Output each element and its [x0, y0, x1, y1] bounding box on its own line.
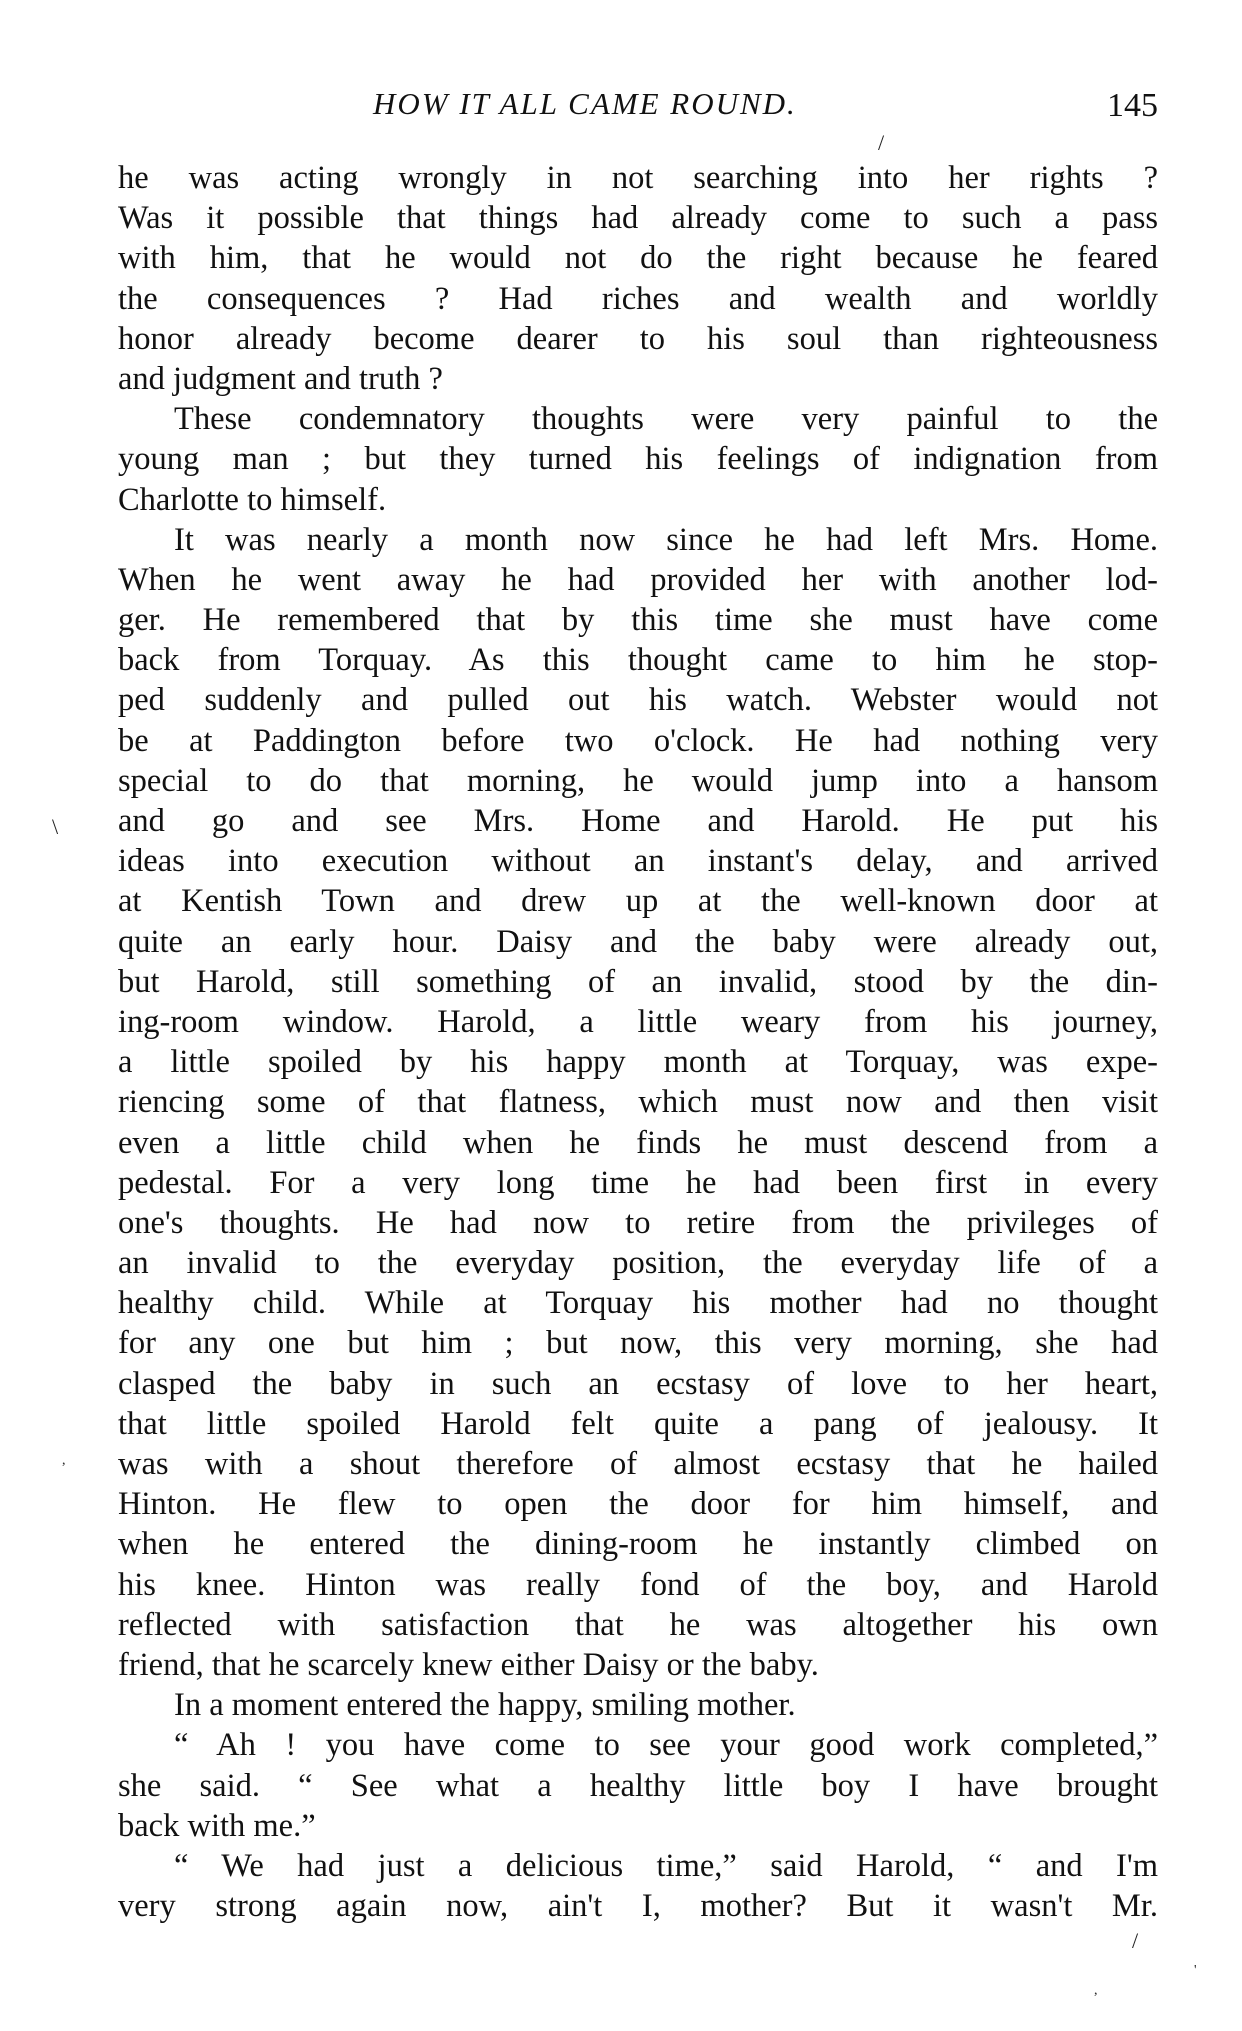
text-line: ped suddenly and pulled out his watch. W… — [118, 680, 1158, 720]
paragraph-start-line: “ We had just a delicious time,” said Ha… — [118, 1846, 1158, 1886]
text-line: ideas into execution without an instant'… — [118, 841, 1158, 881]
scan-speck: ' — [1194, 1964, 1197, 1978]
body-text: he was acting wrongly in not searching i… — [118, 158, 1158, 1926]
paragraph-start-line: These condemnatory thoughts were very pa… — [118, 399, 1158, 439]
scan-speck: , — [62, 1454, 66, 1468]
scan-speck: \ — [52, 816, 58, 838]
text-line: pedestal. For a very long time he had be… — [118, 1163, 1158, 1203]
text-line: the consequences ? Had riches and wealth… — [118, 279, 1158, 319]
paragraph-start-line: It was nearly a month now since he had l… — [118, 520, 1158, 560]
text-line: Charlotte to himself. — [118, 480, 1158, 520]
page-number: 145 — [1107, 84, 1158, 128]
running-head: HOW IT ALL CAME ROUND. 145 — [118, 82, 1158, 126]
text-line: back from Torquay. As this thought came … — [118, 640, 1158, 680]
paragraph-start-line: “ Ah ! you have come to see your good wo… — [118, 1725, 1158, 1765]
text-line: be at Paddington before two o'clock. He … — [118, 721, 1158, 761]
text-line: healthy child. While at Torquay his moth… — [118, 1283, 1158, 1323]
text-line: when he entered the dining-room he insta… — [118, 1524, 1158, 1564]
text-line: special to do that morning, he would jum… — [118, 761, 1158, 801]
text-line: he was acting wrongly in not searching i… — [118, 158, 1158, 198]
paragraph-start-line: In a moment entered the happy, smiling m… — [118, 1685, 1158, 1725]
text-line: Was it possible that things had already … — [118, 198, 1158, 238]
text-line: and judgment and truth ? — [118, 359, 1158, 399]
text-line: Hinton. He flew to open the door for him… — [118, 1484, 1158, 1524]
text-line: she said. “ See what a healthy little bo… — [118, 1766, 1158, 1806]
text-line: ger. He remembered that by this time she… — [118, 600, 1158, 640]
text-line: at Kentish Town and drew up at the well-… — [118, 881, 1158, 921]
text-line: riencing some of that flatness, which mu… — [118, 1082, 1158, 1122]
text-line: quite an early hour. Daisy and the baby … — [118, 922, 1158, 962]
scan-speck: / — [878, 132, 884, 154]
text-line: his knee. Hinton was really fond of the … — [118, 1565, 1158, 1605]
text-line: honor already become dearer to his soul … — [118, 319, 1158, 359]
text-line: with him, that he would not do the right… — [118, 238, 1158, 278]
text-line: clasped the baby in such an ecstasy of l… — [118, 1364, 1158, 1404]
text-line: reflected with satisfaction that he was … — [118, 1605, 1158, 1645]
text-line: for any one but him ; but now, this very… — [118, 1323, 1158, 1363]
text-line: an invalid to the everyday position, the… — [118, 1243, 1158, 1283]
text-line: back with me.” — [118, 1806, 1158, 1846]
text-line: was with a shout therefore of almost ecs… — [118, 1444, 1158, 1484]
text-line: and go and see Mrs. Home and Harold. He … — [118, 801, 1158, 841]
text-line: even a little child when he finds he mus… — [118, 1123, 1158, 1163]
scan-speck: , — [1094, 1984, 1098, 1998]
scan-speck: / — [1132, 1930, 1138, 1952]
text-line: ing-room window. Harold, a little weary … — [118, 1002, 1158, 1042]
text-line: but Harold, still something of an invali… — [118, 962, 1158, 1002]
text-line: one's thoughts. He had now to retire fro… — [118, 1203, 1158, 1243]
text-line: young man ; but they turned his feelings… — [118, 439, 1158, 479]
text-line: friend, that he scarcely knew either Dai… — [118, 1645, 1158, 1685]
text-line: a little spoiled by his happy month at T… — [118, 1042, 1158, 1082]
text-line: very strong again now, ain't I, mother? … — [118, 1886, 1158, 1926]
text-line: When he went away he had provided her wi… — [118, 560, 1158, 600]
running-title: HOW IT ALL CAME ROUND. — [373, 82, 797, 126]
text-line: that little spoiled Harold felt quite a … — [118, 1404, 1158, 1444]
book-page: HOW IT ALL CAME ROUND. 145 he was acting… — [0, 0, 1242, 2031]
